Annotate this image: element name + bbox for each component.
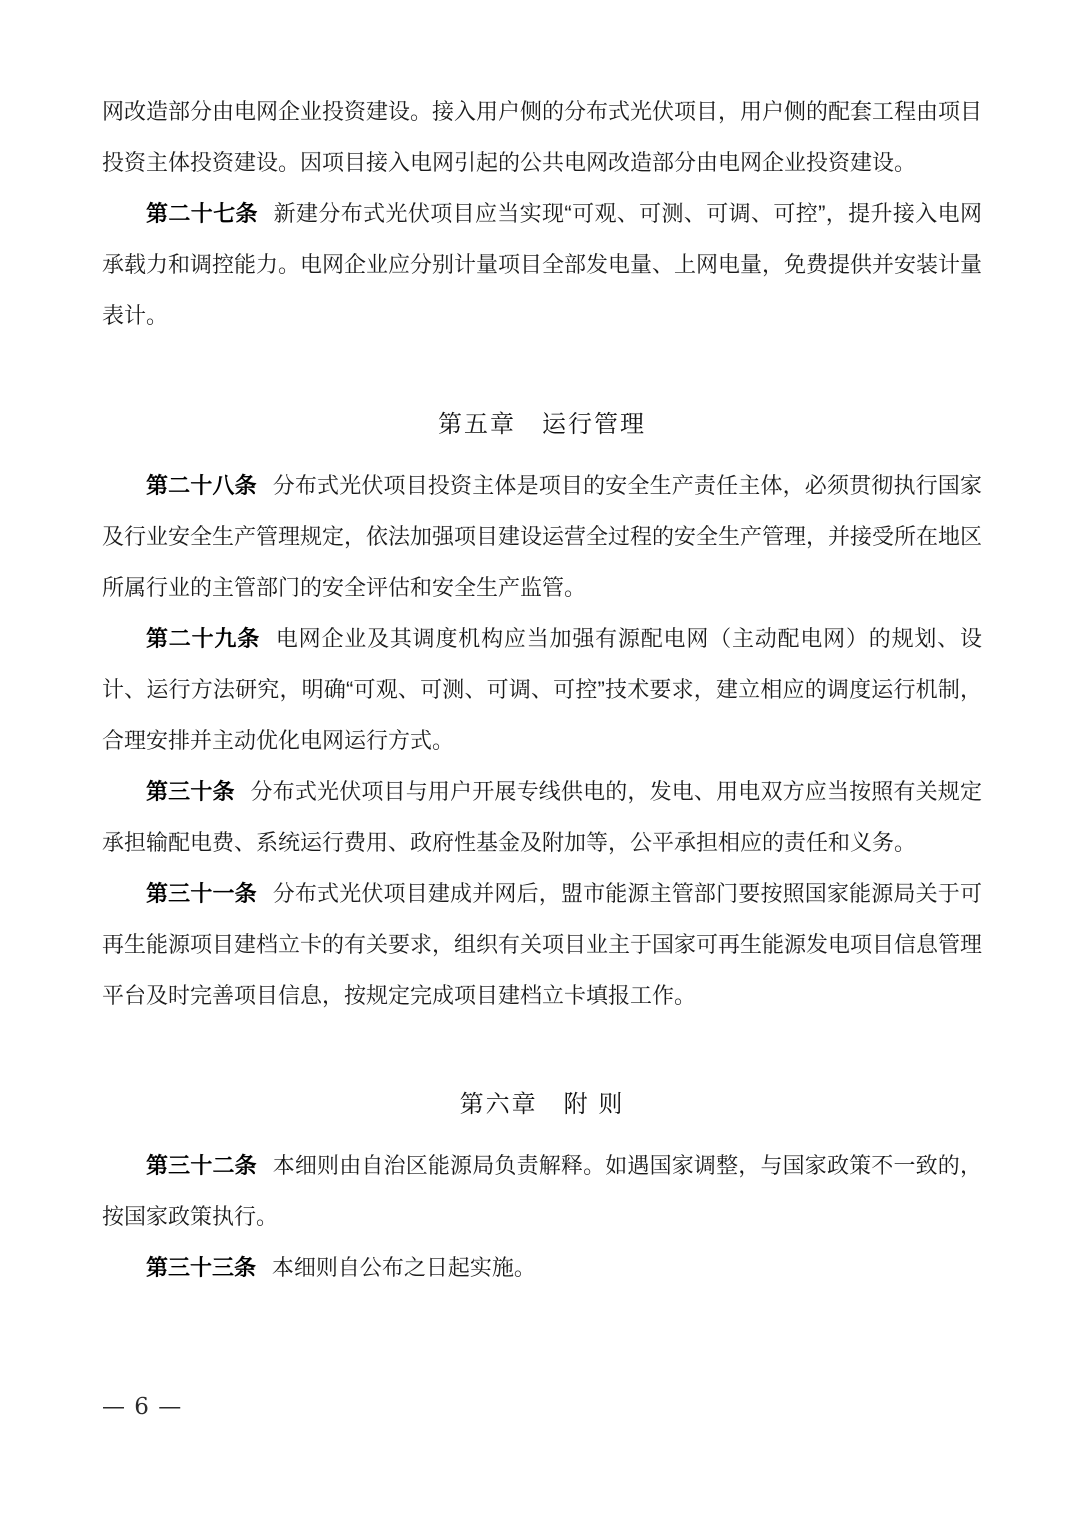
article-29-paragraph: 第二十九条电网企业及其调度机构应当加强有源配电网（主动配电网）的规划、设计、运行… [102, 613, 982, 766]
article-28-number: 第二十八条 [146, 473, 257, 498]
article-31-paragraph: 第三十一条分布式光伏项目建成并网后，盟市能源主管部门要按照国家能源局关于可再生能… [102, 868, 982, 1021]
article-27-paragraph: 第二十七条新建分布式光伏项目应当实现“可观、可测、可调、可控”，提升接入电网承载… [102, 188, 982, 341]
article-33-text: 本细则自公布之日起实施。 [272, 1255, 536, 1280]
article-33-number: 第三十三条 [146, 1255, 256, 1280]
page-number: — 6 — [102, 1394, 182, 1420]
continuation-paragraph: 网改造部分由电网企业投资建设。接入用户侧的分布式光伏项目，用户侧的配套工程由项目… [102, 86, 982, 188]
article-33-paragraph: 第三十三条本细则自公布之日起实施。 [102, 1242, 982, 1293]
article-29-number: 第二十九条 [146, 626, 260, 651]
article-30-number: 第三十条 [146, 779, 235, 804]
document-page: 网改造部分由电网企业投资建设。接入用户侧的分布式光伏项目，用户侧的配套工程由项目… [0, 0, 1080, 1526]
article-32-paragraph: 第三十二条本细则由自治区能源局负责解释。如遇国家调整，与国家政策不一致的，按国家… [102, 1140, 982, 1242]
article-27-number: 第二十七条 [146, 201, 258, 226]
chapter-6-heading: 第六章 附 则 [102, 1079, 982, 1130]
article-32-number: 第三十二条 [146, 1153, 257, 1178]
chapter-5-heading: 第五章 运行管理 [102, 399, 982, 450]
document-body: 网改造部分由电网企业投资建设。接入用户侧的分布式光伏项目，用户侧的配套工程由项目… [102, 86, 982, 1293]
article-28-paragraph: 第二十八条分布式光伏项目投资主体是项目的安全生产责任主体，必须贯彻执行国家及行业… [102, 460, 982, 613]
article-30-paragraph: 第三十条分布式光伏项目与用户开展专线供电的，发电、用电双方应当按照有关规定承担输… [102, 766, 982, 868]
article-31-number: 第三十一条 [146, 881, 257, 906]
page-footer: — 6 — [102, 1394, 182, 1420]
